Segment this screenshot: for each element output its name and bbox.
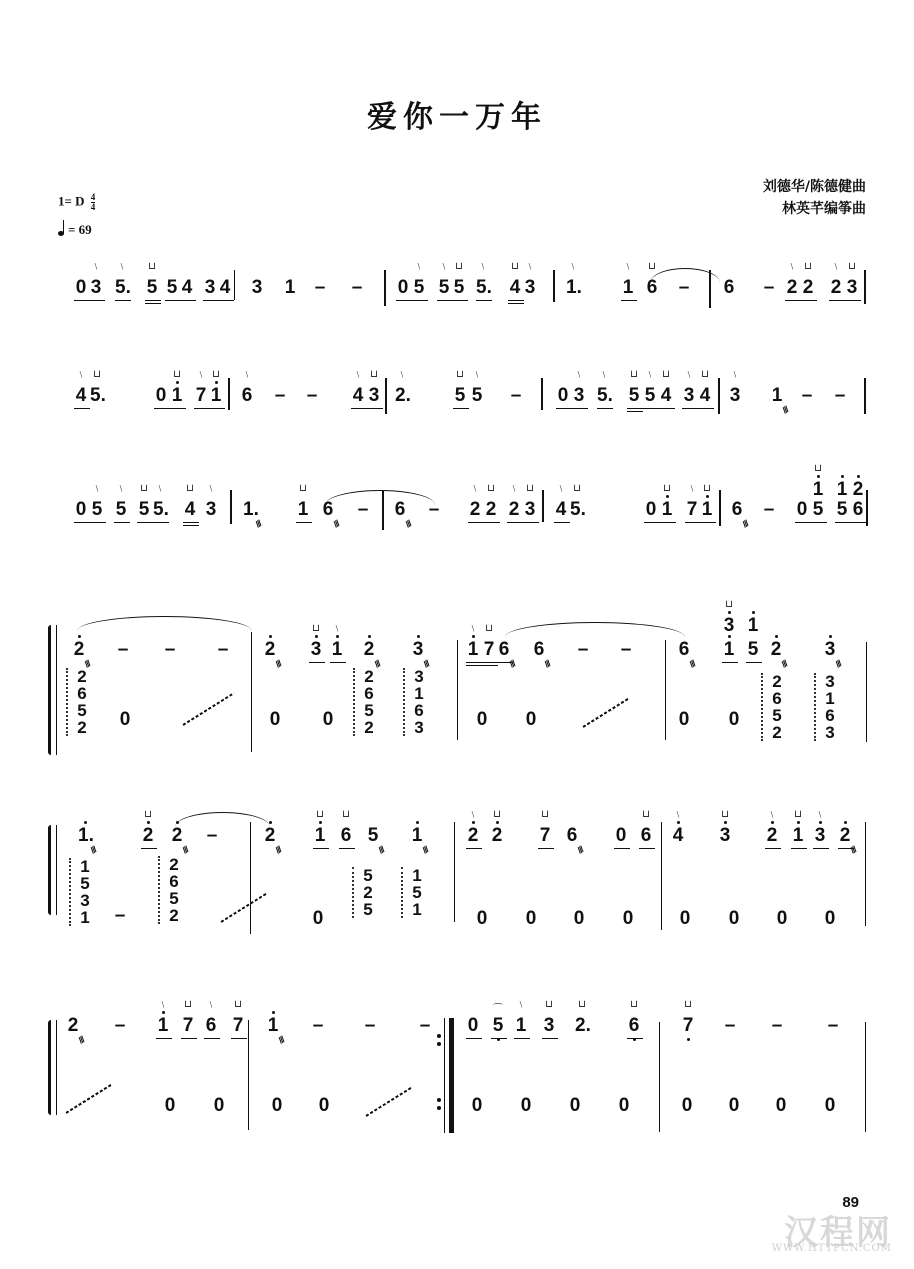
note: 5	[453, 386, 467, 406]
down-bow-mark: ⊔	[145, 262, 159, 272]
note: 2	[801, 278, 815, 298]
composer-credit: 刘德华/陈德健曲	[763, 176, 866, 198]
note: –	[205, 826, 219, 846]
pluck-mark: ﹨	[728, 370, 742, 380]
note: 0	[795, 500, 809, 520]
down-bow-mark: ⊔	[508, 262, 522, 272]
note: 1	[296, 500, 310, 520]
note: 0	[680, 1096, 694, 1116]
barline	[553, 270, 555, 302]
pluck-mark: ﹨	[507, 484, 521, 494]
barline	[659, 1022, 660, 1132]
note: –	[762, 500, 776, 520]
note: –	[305, 386, 319, 406]
note: 2///	[263, 826, 277, 846]
pluck-mark: ﹨	[785, 262, 799, 272]
chord-arpeggio: 151	[410, 867, 424, 918]
note: –	[350, 278, 364, 298]
note: 7	[231, 1016, 245, 1036]
note: 0	[524, 909, 538, 929]
note: 2	[829, 278, 843, 298]
note: 5	[137, 500, 151, 520]
note: 2	[785, 278, 799, 298]
watermark-url: WWW.HTTPCN.COM	[772, 1243, 892, 1254]
down-bow-mark: ⊔	[367, 370, 381, 380]
barline	[864, 378, 866, 414]
note: 1	[835, 480, 849, 500]
glissando-arrow	[65, 1083, 113, 1114]
note: 0	[466, 1016, 480, 1036]
note: 0	[614, 826, 628, 846]
note: 4	[74, 386, 88, 406]
note: 7	[681, 1016, 695, 1036]
note: 3	[572, 386, 586, 406]
note: 0	[270, 1096, 284, 1116]
note: 2.	[395, 386, 409, 406]
down-bow-mark: ⊔	[698, 370, 712, 380]
note: –	[163, 640, 177, 660]
down-bow-mark: ⊔	[90, 370, 104, 380]
note: 7	[194, 386, 208, 406]
note: 5	[114, 500, 128, 520]
glissando-arrow	[582, 697, 630, 728]
note: 0	[621, 909, 635, 929]
slur	[77, 616, 252, 631]
down-bow-mark: ⊔	[209, 370, 223, 380]
note: 6	[627, 1016, 641, 1036]
down-bow-mark: ⊔	[801, 262, 815, 272]
barline	[250, 822, 251, 934]
barline	[457, 640, 458, 740]
note: 3	[813, 826, 827, 846]
pluck-mark: ﹨	[523, 262, 537, 272]
barline	[541, 378, 543, 410]
barline	[542, 490, 544, 522]
barline	[665, 640, 666, 740]
pluck-mark: ﹨	[412, 262, 426, 272]
note: 2	[851, 480, 865, 500]
pluck-mark: ﹨	[765, 810, 779, 820]
system-brace	[44, 625, 54, 755]
down-bow-mark: ⊔	[482, 624, 496, 634]
note: 5	[452, 278, 466, 298]
pluck-mark: ﹨	[466, 810, 480, 820]
down-bow-mark: ⊔	[575, 1000, 589, 1010]
note: –	[723, 1016, 737, 1036]
note: 0	[556, 386, 570, 406]
note: 5	[746, 640, 760, 660]
note: 0	[677, 710, 691, 730]
down-bow-mark: ⊔	[296, 484, 310, 494]
note: 2///	[263, 640, 277, 660]
note: 2	[141, 826, 155, 846]
note: 6	[240, 386, 254, 406]
note: 3	[523, 278, 537, 298]
note: 5	[835, 500, 849, 520]
note: –	[833, 386, 847, 406]
glissando-arrow	[182, 692, 234, 725]
down-bow-mark: ⊔	[141, 810, 155, 820]
pluck-mark: ﹨	[395, 370, 409, 380]
down-bow-mark: ⊔	[538, 810, 552, 820]
chord-arpeggio: 3163	[823, 673, 837, 741]
note: –	[762, 278, 776, 298]
barline	[248, 1020, 249, 1130]
note: 0	[74, 278, 88, 298]
note: 3	[203, 278, 217, 298]
barline	[234, 270, 235, 300]
note: 4	[183, 500, 197, 520]
note: 3	[250, 278, 264, 298]
note: 6///	[730, 500, 744, 520]
note: 6///	[532, 640, 546, 660]
piece-title: 爱你一万年	[0, 92, 914, 136]
note: 1///	[770, 386, 784, 406]
note: 1.///	[243, 500, 257, 520]
note: 0	[823, 1096, 837, 1116]
down-bow-mark: ⊔	[453, 370, 467, 380]
note: 5	[90, 500, 104, 520]
note: 4	[554, 500, 568, 520]
note: 6	[204, 1016, 218, 1036]
pluck-mark: ﹨	[351, 370, 365, 380]
note: 1	[466, 640, 480, 660]
note: 7	[685, 500, 699, 520]
note: –	[311, 1016, 325, 1036]
down-bow-mark: ⊔	[718, 810, 732, 820]
note: 4	[218, 278, 232, 298]
slur	[505, 622, 685, 637]
note: 6///	[565, 826, 579, 846]
note: 5///	[366, 826, 380, 846]
note: 0	[775, 909, 789, 929]
note: 0	[524, 710, 538, 730]
note: 6	[851, 500, 865, 520]
barline	[382, 490, 384, 530]
note: 1.///	[78, 826, 92, 846]
note: 1	[283, 278, 297, 298]
chord-arpeggio: 525	[361, 867, 375, 918]
note: 2	[490, 826, 504, 846]
note: 0	[470, 1096, 484, 1116]
note: 0	[617, 1096, 631, 1116]
note: 6///	[393, 500, 407, 520]
pluck-mark: ﹨	[566, 262, 580, 272]
barline	[444, 1018, 445, 1133]
pluck-mark: ﹨	[813, 810, 827, 820]
note: 6	[639, 826, 653, 846]
down-bow-mark: ⊔	[660, 484, 674, 494]
barline	[230, 490, 232, 524]
down-bow-mark: ⊔	[700, 484, 714, 494]
note: –	[418, 1016, 432, 1036]
note: 6///	[677, 640, 691, 660]
down-bow-mark: ⊔	[452, 262, 466, 272]
chord-arpeggio: 2652	[770, 673, 784, 741]
pluck-mark: ﹨	[685, 484, 699, 494]
barline	[719, 490, 721, 526]
down-bow-mark: ⊔	[523, 484, 537, 494]
time-signature: 4 4	[91, 193, 96, 212]
pluck-mark: ﹨	[470, 370, 484, 380]
pluck-mark: ﹨	[597, 370, 611, 380]
note: 1	[791, 826, 805, 846]
note: 3	[89, 278, 103, 298]
note: –	[770, 1016, 784, 1036]
note: 0	[317, 1096, 331, 1116]
pluck-mark: ﹨	[554, 484, 568, 494]
down-bow-mark: ⊔	[811, 464, 825, 474]
tempo-value: = 69	[68, 222, 92, 237]
note: 0	[118, 710, 132, 730]
note: 0	[823, 909, 837, 929]
chord-arpeggio: 2652	[75, 668, 89, 736]
pluck-mark: ﹨	[572, 370, 586, 380]
note: 4	[508, 278, 522, 298]
note: 2	[468, 500, 482, 520]
slur	[325, 490, 435, 505]
note: 3	[523, 500, 537, 520]
note: 3	[718, 826, 732, 846]
pluck-mark: ﹨	[240, 370, 254, 380]
system-brace	[44, 825, 54, 915]
note: 0	[475, 909, 489, 929]
note: 1	[209, 386, 223, 406]
quarter-note-icon	[58, 231, 64, 236]
note: 3	[722, 616, 736, 636]
note: –	[216, 640, 230, 660]
note: 3	[204, 500, 218, 520]
repeat-dots	[437, 1094, 441, 1114]
note: 2///	[362, 640, 376, 660]
note: 1	[660, 500, 674, 520]
note: 5	[811, 500, 825, 520]
pluck-mark: ﹨	[829, 262, 843, 272]
pluck-mark: ﹨	[115, 262, 129, 272]
pluck-mark: ﹨	[468, 484, 482, 494]
note: 5.	[570, 500, 584, 520]
pluck-mark: ﹨	[114, 484, 128, 494]
note: –	[427, 500, 441, 520]
pluck-mark: ﹨	[682, 370, 696, 380]
note: 4	[698, 386, 712, 406]
barline	[865, 822, 866, 926]
down-bow-mark: ⊔	[627, 1000, 641, 1010]
note: 5.	[153, 500, 167, 520]
arranger-credit: 林英芊编筝曲	[763, 198, 866, 220]
note: 6	[339, 826, 353, 846]
pluck-mark: ﹨	[89, 262, 103, 272]
down-bow-mark: ⊔	[845, 262, 859, 272]
note: 1.	[566, 278, 580, 298]
barline	[866, 490, 868, 526]
note: –	[826, 1016, 840, 1036]
note: 0	[311, 909, 325, 929]
pluck-mark: ﹨	[437, 262, 451, 272]
barline	[865, 1022, 866, 1132]
note: 4	[180, 278, 194, 298]
pluck-mark: ﹨	[643, 370, 657, 380]
note: 5	[165, 278, 179, 298]
note: 1	[722, 640, 736, 660]
down-bow-mark: ⊔	[542, 1000, 556, 1010]
barline	[449, 1018, 454, 1133]
note: 1	[811, 480, 825, 500]
down-bow-mark: ⊔	[627, 370, 641, 380]
pluck-mark: ﹨	[476, 262, 490, 272]
note: –	[619, 640, 633, 660]
system-brace	[44, 1020, 54, 1115]
slur	[175, 812, 270, 827]
barline	[661, 822, 662, 930]
note: 2	[507, 500, 521, 520]
down-bow-mark: ⊔	[181, 1000, 195, 1010]
pluck-mark: ﹨	[671, 810, 685, 820]
barline	[228, 378, 230, 410]
barline	[384, 270, 386, 306]
note: 0	[572, 909, 586, 929]
note: 2///	[838, 826, 852, 846]
note: 5.	[597, 386, 611, 406]
down-bow-mark: ⊔	[645, 262, 659, 272]
note: 4	[351, 386, 365, 406]
glissando-arrow	[365, 1086, 413, 1117]
key-label: 1= D	[58, 193, 85, 208]
note: 3	[682, 386, 696, 406]
note: 1	[514, 1016, 528, 1036]
down-bow-mark: ⊔	[490, 810, 504, 820]
down-bow-mark: ⊔	[570, 484, 584, 494]
note: 3	[542, 1016, 556, 1036]
pluck-mark: ﹨	[153, 484, 167, 494]
pluck-mark: ﹨	[330, 624, 344, 634]
chord-arpeggio: 1531	[78, 858, 92, 926]
fermata-mark: ⌒	[491, 1005, 505, 1015]
barline	[709, 270, 711, 308]
down-bow-mark: ⊔	[231, 1000, 245, 1010]
note: 0	[644, 500, 658, 520]
note: 4	[659, 386, 673, 406]
note: 6///	[497, 640, 511, 660]
pluck-mark: ﹨	[74, 370, 88, 380]
note: 7	[482, 640, 496, 660]
down-bow-mark: ⊔	[639, 810, 653, 820]
note: 2///	[66, 1016, 80, 1036]
note: 2///	[170, 826, 184, 846]
note: 0	[163, 1096, 177, 1116]
pluck-mark: ﹨	[466, 624, 480, 634]
down-bow-mark: ⊔	[791, 810, 805, 820]
note: 1	[156, 1016, 170, 1036]
note: 1	[330, 640, 344, 660]
down-bow-mark: ⊔	[137, 484, 151, 494]
note: 0	[475, 710, 489, 730]
note: 5.	[90, 386, 104, 406]
pluck-mark: ﹨	[90, 484, 104, 494]
note: 7	[181, 1016, 195, 1036]
note: 2	[765, 826, 779, 846]
pluck-mark: ﹨	[204, 1000, 218, 1010]
pluck-mark: ﹨	[194, 370, 208, 380]
note: 1///	[266, 1016, 280, 1036]
down-bow-mark: ⊔	[722, 600, 736, 610]
note: 1	[621, 278, 635, 298]
note: 1///	[410, 826, 424, 846]
note: 0	[519, 1096, 533, 1116]
note: 5	[491, 1016, 505, 1036]
tempo-marking: = 69	[58, 222, 92, 238]
pluck-mark: ﹨	[514, 1000, 528, 1010]
note: –	[113, 1016, 127, 1036]
note: 0	[727, 710, 741, 730]
note: 5.	[476, 278, 490, 298]
credits: 刘德华/陈德健曲 林英芊编筝曲	[763, 176, 866, 220]
note: –	[116, 640, 130, 660]
note: –	[363, 1016, 377, 1036]
note: 1	[170, 386, 184, 406]
note: 2///	[769, 640, 783, 660]
pluck-mark: ﹨	[156, 1000, 170, 1010]
down-bow-mark: ⊔	[659, 370, 673, 380]
note: 6	[722, 278, 736, 298]
note: 4	[671, 826, 685, 846]
barline	[718, 378, 720, 414]
note: –	[509, 386, 523, 406]
pluck-mark: ﹨	[621, 262, 635, 272]
note: 2	[484, 500, 498, 520]
down-bow-mark: ⊔	[681, 1000, 695, 1010]
note: 0	[268, 710, 282, 730]
note: 3	[367, 386, 381, 406]
repeat-dots	[437, 1030, 441, 1050]
barline	[251, 632, 252, 752]
note: 0	[321, 710, 335, 730]
note: 5	[470, 386, 484, 406]
barline	[385, 378, 387, 414]
note: 5	[145, 278, 159, 298]
pluck-mark: ﹨	[204, 484, 218, 494]
note: 5.	[115, 278, 129, 298]
note: 3	[309, 640, 323, 660]
down-bow-mark: ⊔	[313, 810, 327, 820]
note: 2.	[575, 1016, 589, 1036]
note: 0	[774, 1096, 788, 1116]
note: 3///	[411, 640, 425, 660]
down-bow-mark: ⊔	[170, 370, 184, 380]
down-bow-mark: ⊔	[309, 624, 323, 634]
note: 1	[746, 616, 760, 636]
note: 3	[728, 386, 742, 406]
note: –	[273, 386, 287, 406]
note: 0	[74, 500, 88, 520]
note: 5	[643, 386, 657, 406]
note: 2///	[72, 640, 86, 660]
note: 1	[313, 826, 327, 846]
note: 1	[700, 500, 714, 520]
note: 2	[466, 826, 480, 846]
note: 5	[627, 386, 641, 406]
note: 0	[727, 1096, 741, 1116]
note: 7	[538, 826, 552, 846]
note: 0	[154, 386, 168, 406]
chord-arpeggio: 2652	[362, 668, 376, 736]
note: 0	[212, 1096, 226, 1116]
barline	[864, 270, 866, 304]
chord-arpeggio: 2652	[167, 856, 181, 924]
key-signature: 1= D 4 4	[58, 193, 95, 212]
chord-arpeggio: 3163	[412, 668, 426, 736]
note: 3///	[823, 640, 837, 660]
